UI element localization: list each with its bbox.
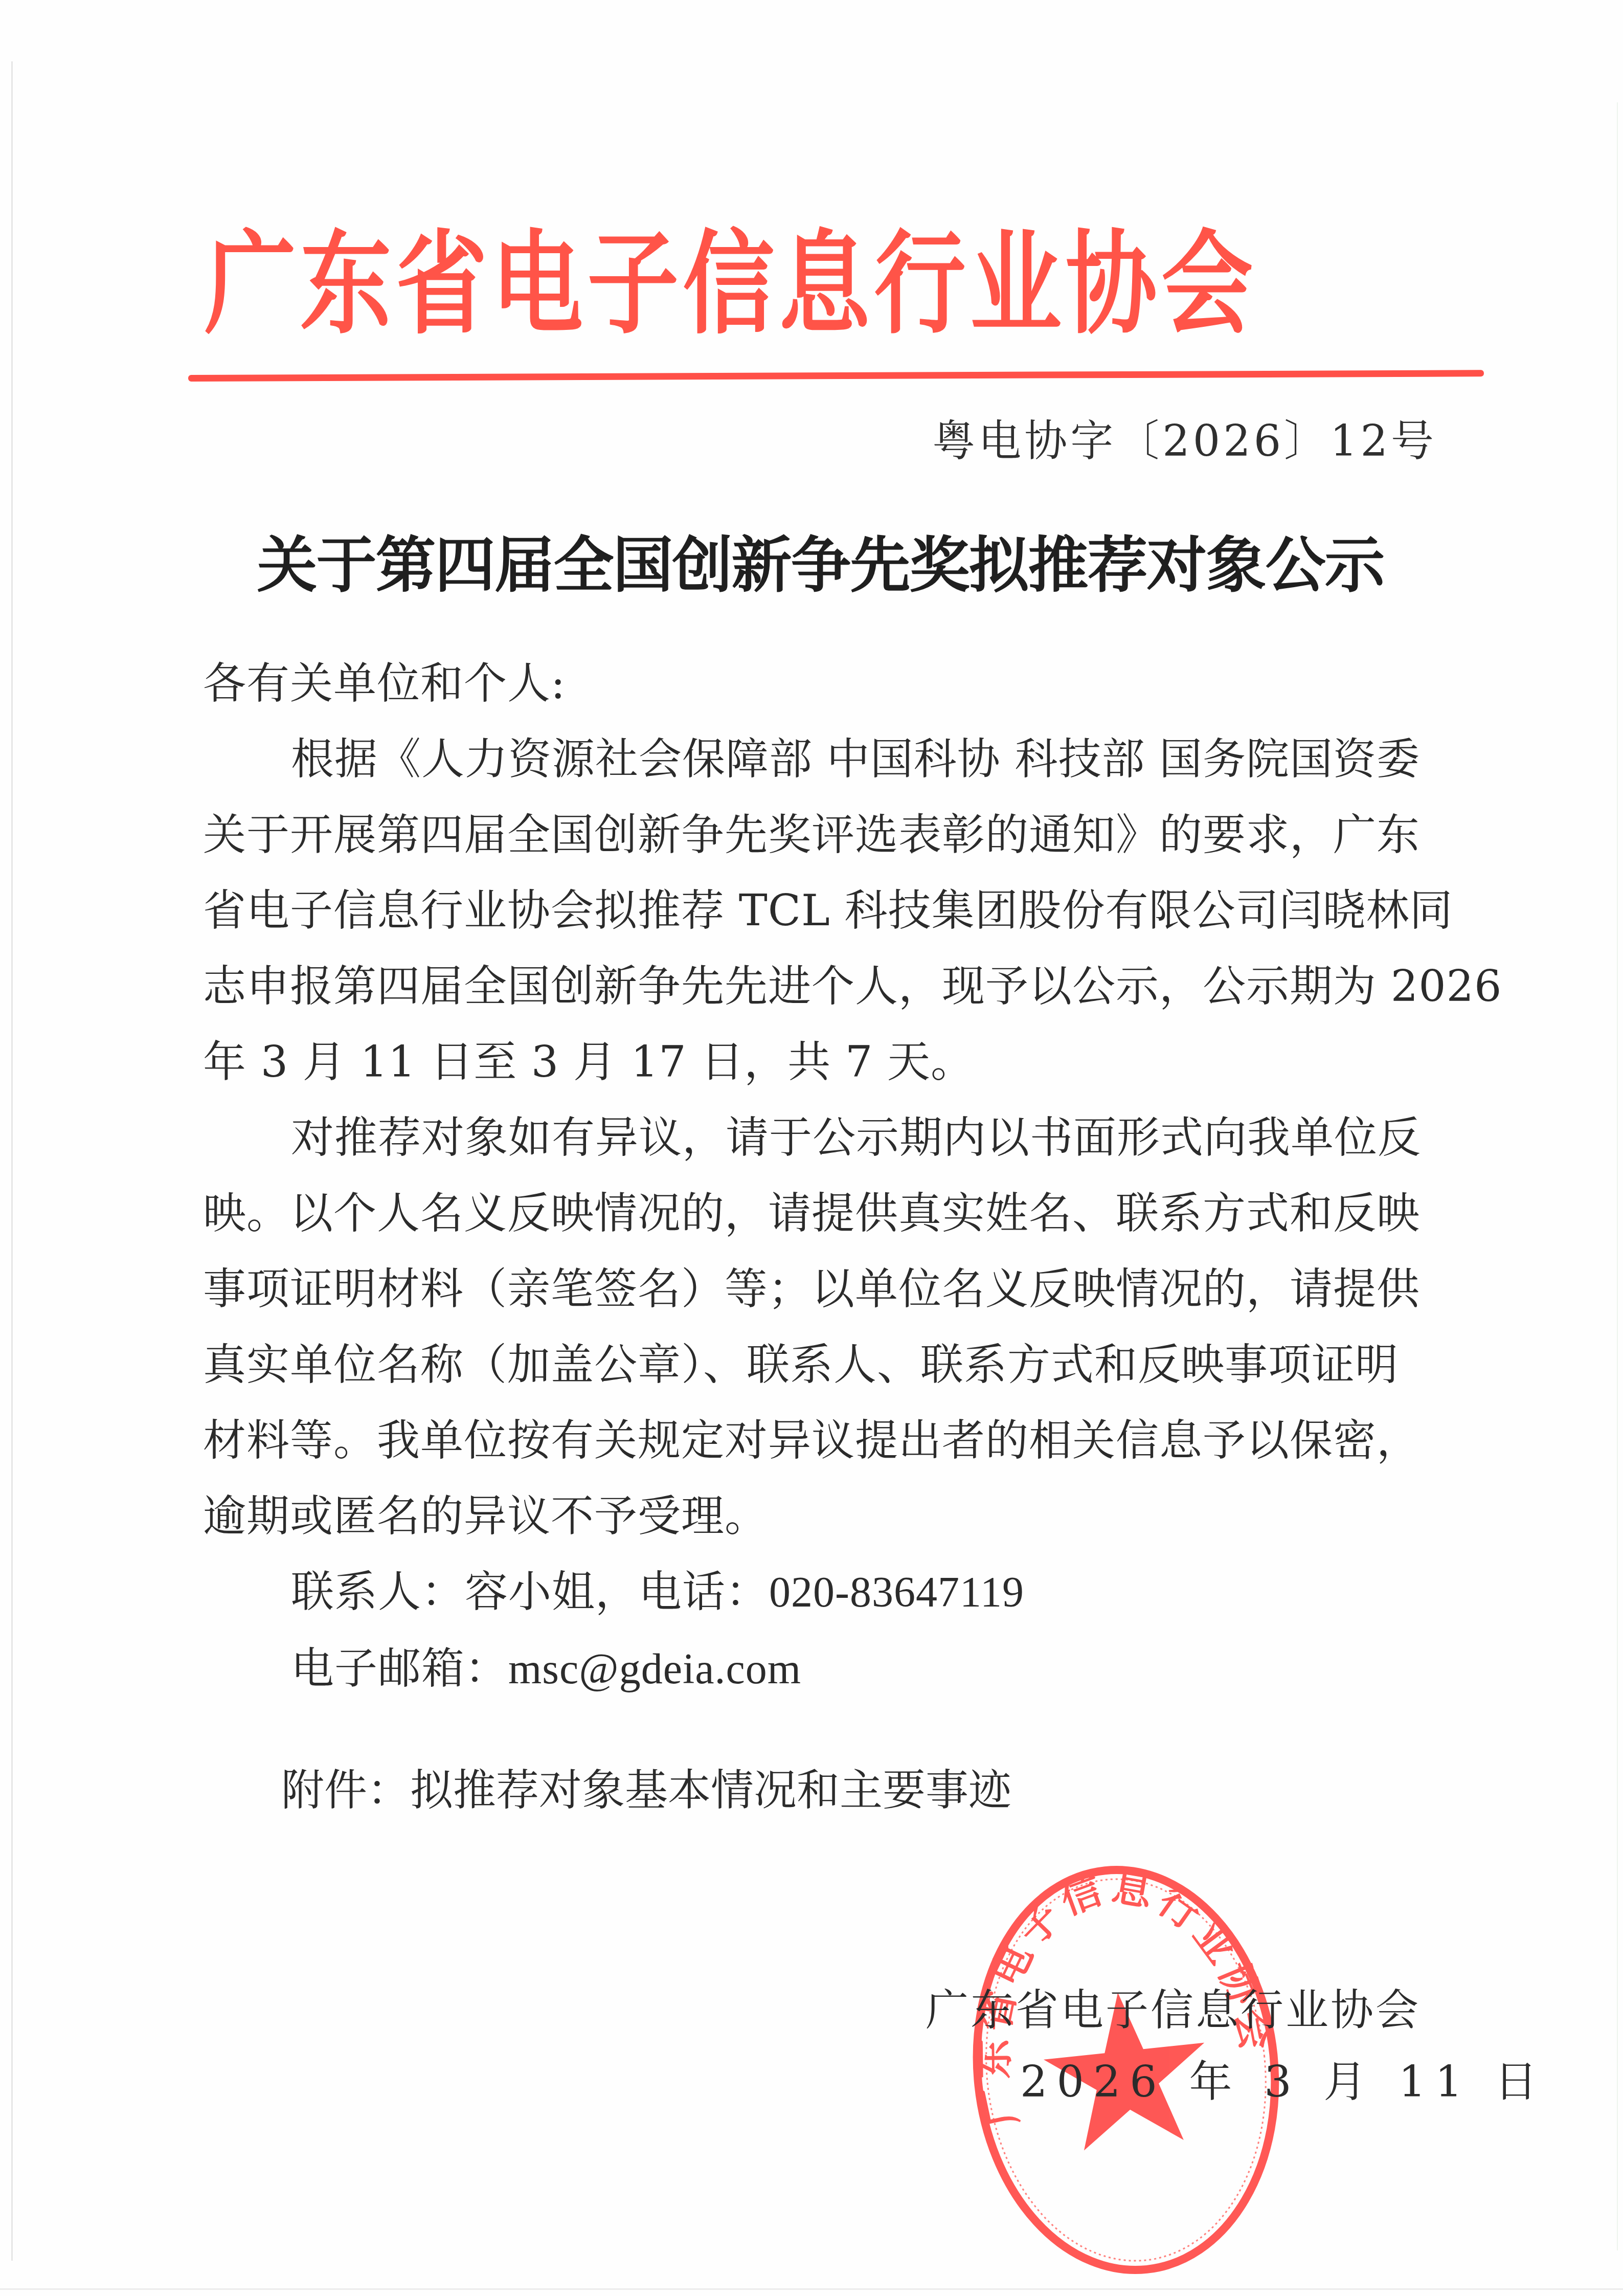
contact-person: 容小姐 bbox=[465, 1567, 595, 1617]
contact-phone[interactable]: 020-83647119 bbox=[769, 1569, 1024, 1616]
masthead-char: 电 bbox=[491, 228, 583, 340]
paragraph-line: 关于开展第四届全国创新争先奖评选表彰的通知》的要求，广东 bbox=[203, 797, 1435, 873]
scan-edge bbox=[0, 2288, 1623, 2290]
contact-phone-label: 电话： bbox=[639, 1567, 769, 1617]
paragraph-line: 根据《人力资源社会保障部 中国科协 科技部 国务院国资委 bbox=[203, 721, 1435, 797]
paragraph-line: 事项证明材料（亲笔签名）等；以单位名义反映情况的，请提供 bbox=[203, 1251, 1435, 1327]
masthead-char: 业 bbox=[970, 228, 1062, 340]
contact-info: 联系人：容小姐，电话：020-83647119 bbox=[203, 1554, 1435, 1631]
masthead-char: 广 bbox=[205, 228, 296, 340]
contact-person-label: 联系人： bbox=[291, 1567, 465, 1617]
masthead-char: 会 bbox=[1161, 228, 1253, 340]
paragraph-line: 年 3 月 11 日至 3 月 17 日，共 7 天。 bbox=[203, 1024, 1435, 1100]
document-body: 各有关单位和个人: 根据《人力资源社会保障部 中国科协 科技部 国务院国资委 关… bbox=[203, 645, 1435, 1707]
issuer-signature: 广东省电子信息行业协会 bbox=[926, 1979, 1421, 2041]
paragraph-line: 省电子信息行业协会拟推荐 TCL 科技集团股份有限公司闫晓林同 bbox=[203, 873, 1435, 948]
masthead-char: 息 bbox=[779, 228, 870, 340]
paragraph-line: 材料等。我单位按有关规定对异议提出者的相关信息予以保密， bbox=[203, 1402, 1435, 1478]
document-page: 广 东 省 电 子 信 息 行 业 协 会 粤电协字〔2026〕12号 关于第四… bbox=[0, 0, 1623, 2296]
document-title: 关于第四届全国创新争先奖拟推荐对象公示 bbox=[249, 532, 1392, 598]
paragraph-line: 对推荐对象如有异议，请于公示期内以书面形式向我单位反 bbox=[203, 1100, 1435, 1175]
masthead-char: 东 bbox=[300, 228, 392, 340]
masthead-char: 子 bbox=[587, 228, 679, 340]
email-label: 电子邮箱： bbox=[291, 1643, 508, 1693]
paragraph-basis: 根据《人力资源社会保障部 中国科协 科技部 国务院国资委 关于开展第四届全国创新… bbox=[203, 721, 1435, 1100]
paragraph-line: 逾期或匿名的异议不予受理。 bbox=[203, 1478, 1435, 1554]
attachment-note: 附件：拟推荐对象基本情况和主要事迹 bbox=[281, 1759, 1011, 1821]
paragraph-line: 志申报第四届全国创新争先先进个人，现予以公示，公示期为 2026 bbox=[203, 948, 1435, 1024]
salutation: 各有关单位和个人: bbox=[203, 645, 1435, 721]
paragraph-objection: 对推荐对象如有异议，请于公示期内以书面形式向我单位反 映。以个人名义反映情况的，… bbox=[203, 1100, 1435, 1554]
masthead-organization-name: 广 东 省 电 子 信 息 行 业 协 会 bbox=[205, 220, 1253, 348]
scan-edge bbox=[1617, 102, 1618, 2250]
document-number: 粤电协字〔2026〕12号 bbox=[932, 419, 1437, 462]
masthead-char: 协 bbox=[1066, 228, 1157, 340]
paragraph-line: 映。以个人名义反映情况的，请提供真实姓名、联系方式和反映 bbox=[203, 1175, 1435, 1251]
separator: ， bbox=[595, 1567, 639, 1617]
paragraph-line: 真实单位名称（加盖公章）、联系人、联系方式和反映事项证明 bbox=[203, 1327, 1435, 1402]
scan-edge bbox=[11, 61, 13, 2261]
email-info: 电子邮箱：msc@gdeia.com bbox=[203, 1631, 1435, 1707]
issue-date: 2026 年 3 月 11 日 bbox=[1020, 2051, 1547, 2112]
email-address-link[interactable]: msc@gdeia.com bbox=[508, 1645, 801, 1693]
masthead-red-rule bbox=[188, 370, 1484, 382]
masthead-char: 省 bbox=[396, 228, 487, 340]
masthead-char: 行 bbox=[874, 228, 966, 340]
masthead-char: 信 bbox=[683, 228, 775, 340]
